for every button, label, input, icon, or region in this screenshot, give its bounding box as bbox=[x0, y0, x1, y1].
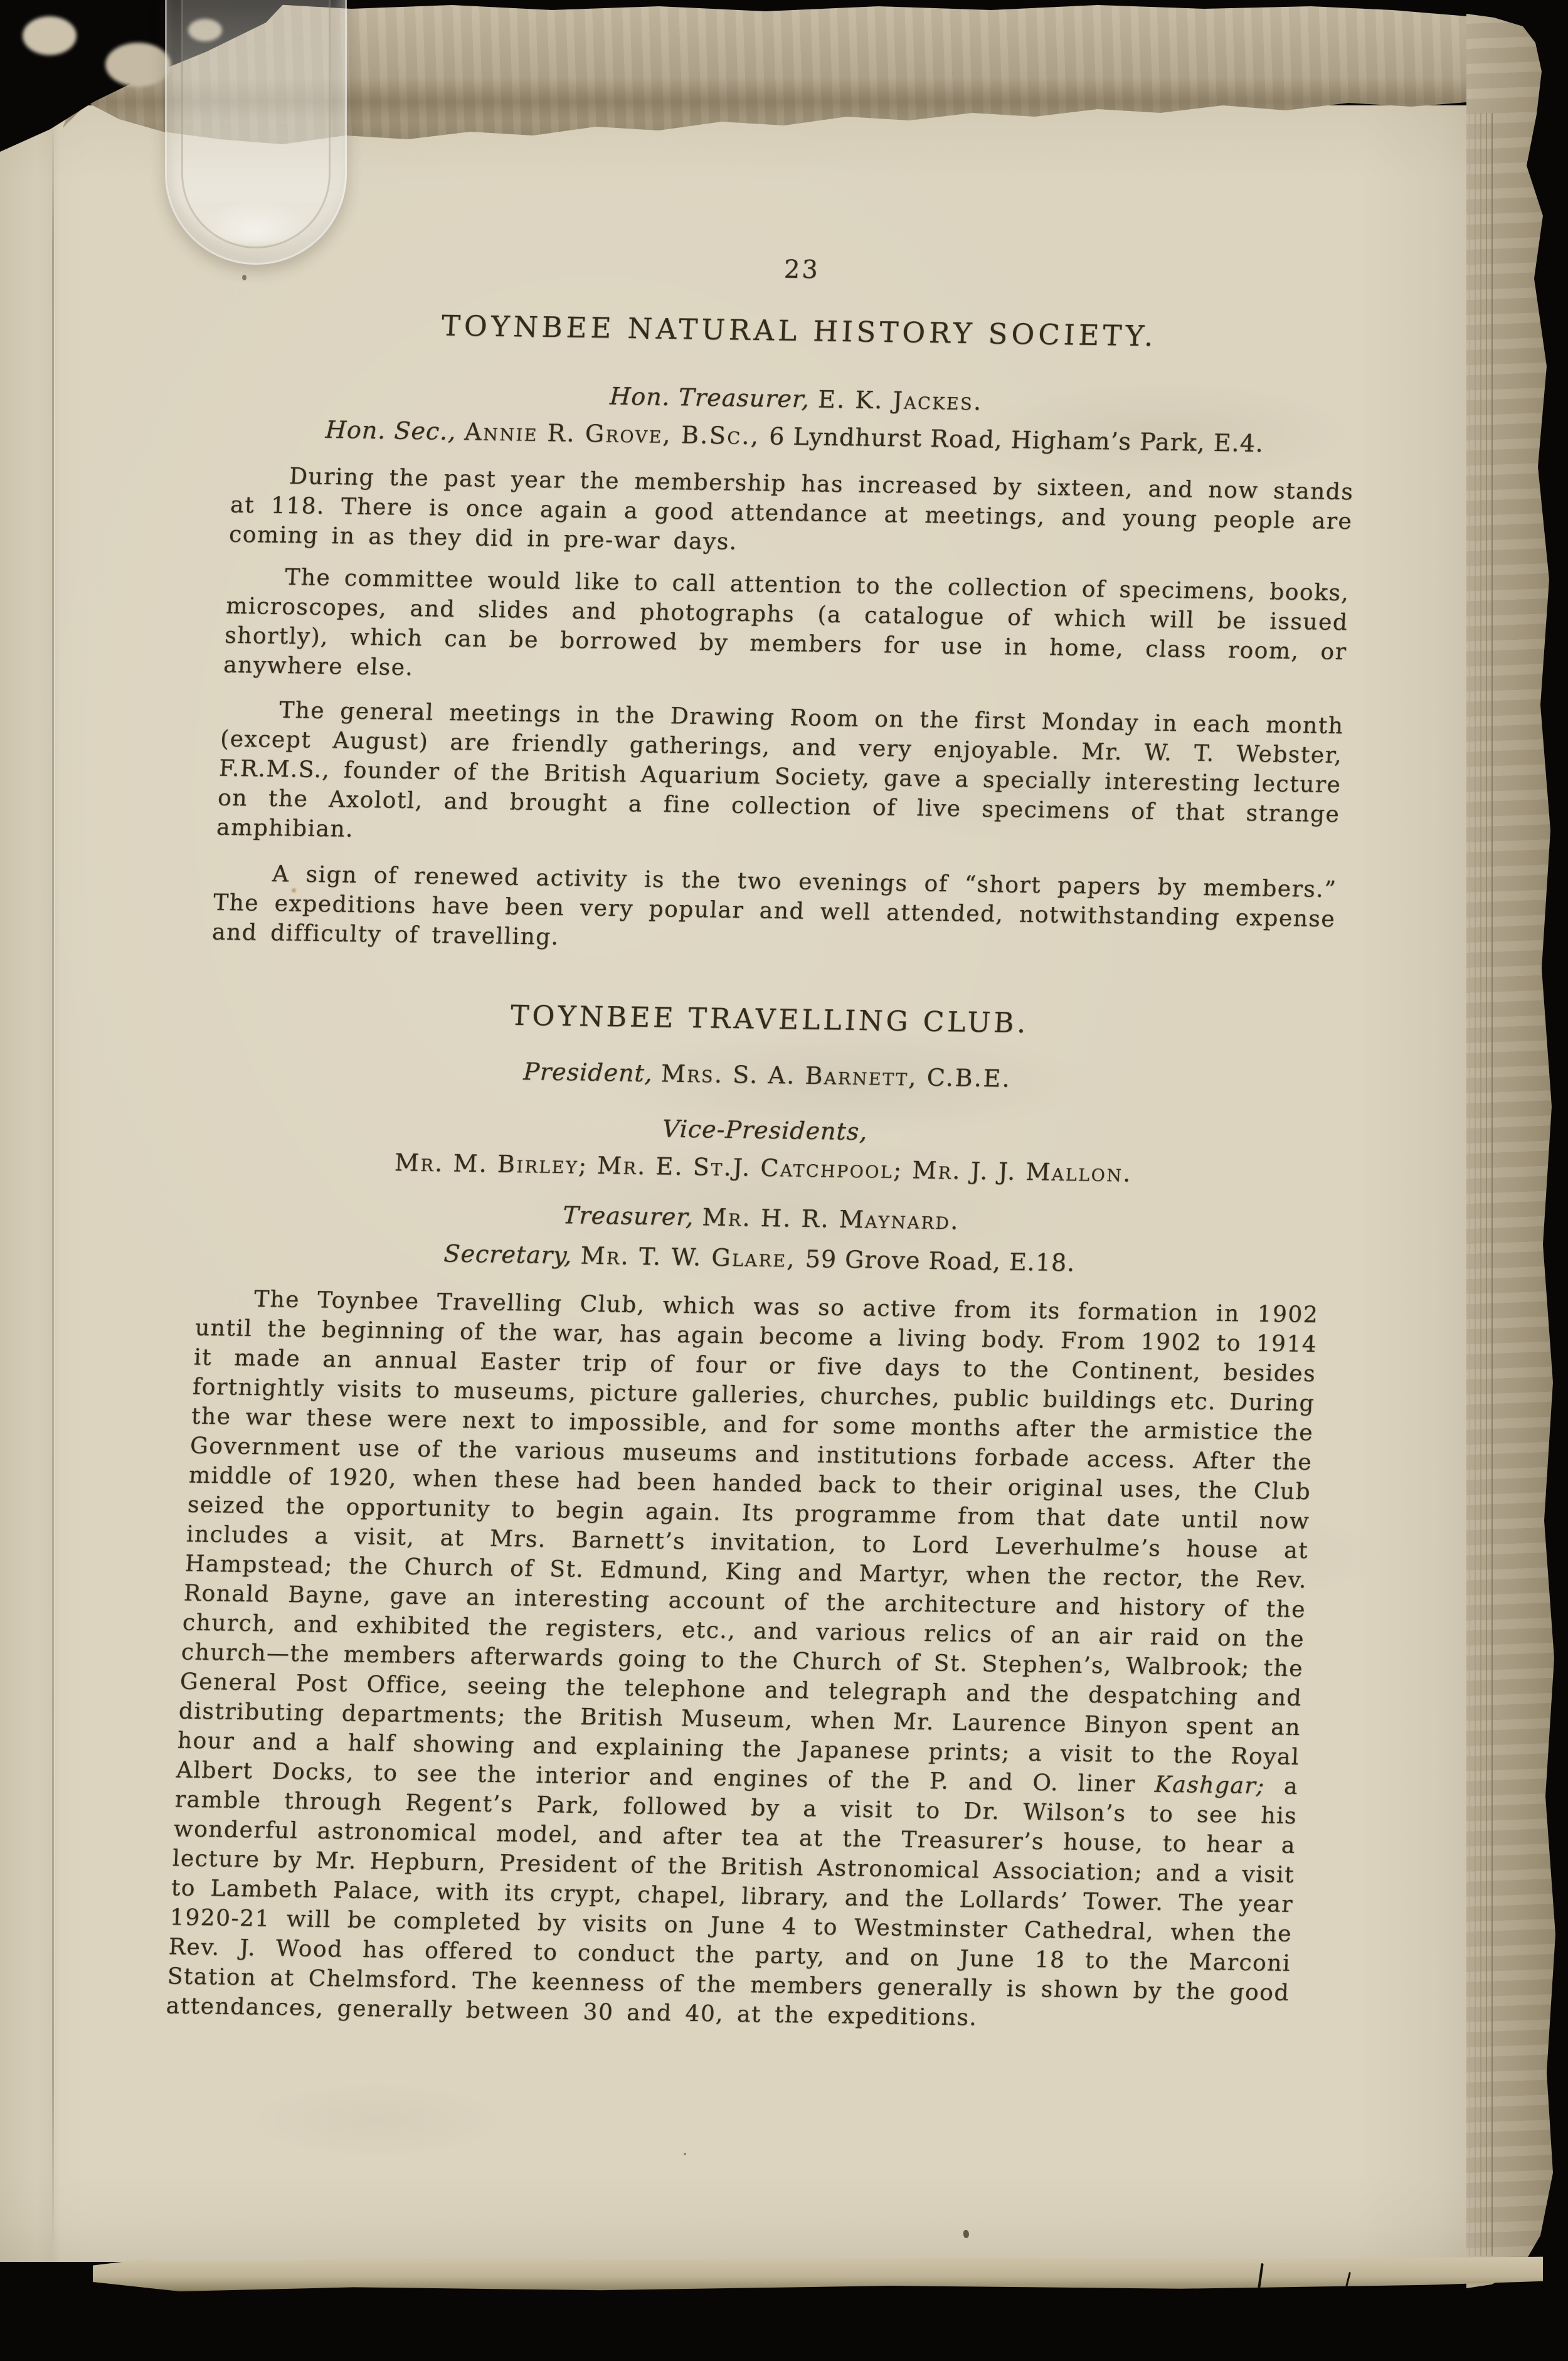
society-paragraph-4: A sign of renewed activity is the two ev… bbox=[211, 859, 1337, 964]
secretary-role-label: Hon. Sec., bbox=[325, 416, 465, 445]
paper-blotch bbox=[105, 43, 171, 87]
fore-edge-page-lines bbox=[1469, 113, 1494, 2256]
club-secretary-address: 59 Grove Road, E.18. bbox=[805, 1244, 1076, 1276]
page-text: 23 TOYNBEE NATURAL HISTORY SOCIETY. Hon.… bbox=[166, 238, 1364, 2037]
club-paragraph: The Toynbee Travelling Club, which was s… bbox=[166, 1283, 1319, 2037]
paper-blotch bbox=[23, 16, 77, 55]
ink-speck bbox=[684, 2153, 686, 2155]
club-title: TOYNBEE TRAVELLING CLUB. bbox=[208, 995, 1332, 1046]
club-treasurer-name: Mr. H. R. Maynard. bbox=[702, 1203, 960, 1234]
gutter-crease-highlight bbox=[54, 119, 55, 2252]
club-secretary-name: Mr. T. W. Glare, bbox=[580, 1241, 806, 1272]
paper-clip bbox=[165, 0, 347, 265]
ink-speck bbox=[963, 2230, 969, 2238]
club-secretary-line: Secretary, Mr. T. W. Glare, 59 Grove Roa… bbox=[198, 1234, 1321, 1281]
treasurer-role-label: Hon. Treasurer, bbox=[609, 383, 818, 413]
ship-name-kashgar: Kashgar; bbox=[1154, 1771, 1266, 1799]
society-paragraph-1: During the past year the membership has … bbox=[228, 461, 1354, 566]
society-paragraph-3: The general meetings in the Drawing Room… bbox=[216, 695, 1344, 859]
secretary-address: 6 Lyndhurst Road, Higham’s Park, E.4. bbox=[768, 422, 1264, 457]
treasurer-name: E. K. Jackes. bbox=[817, 385, 983, 415]
club-treasurer-role-label: Treasurer, bbox=[562, 1201, 702, 1231]
society-secretary-line: Hon. Sec., Annie R. Grove, B.Sc., 6 Lynd… bbox=[233, 413, 1356, 460]
club-paragraph-part-1: The Toynbee Travelling Club, which was s… bbox=[176, 1286, 1319, 1797]
page-number: 23 bbox=[240, 247, 1364, 294]
club-paragraph-part-2: a ramble through Regent’s Park, followed… bbox=[166, 1773, 1299, 2030]
foxing-spot bbox=[292, 888, 296, 893]
president-name: Mrs. S. A. Barnett, C.B.E. bbox=[660, 1059, 1012, 1092]
club-treasurer-line: Treasurer, Mr. H. R. Maynard. bbox=[199, 1194, 1323, 1241]
club-secretary-role-label: Secretary, bbox=[443, 1239, 581, 1269]
scanned-book-photo: 23 TOYNBEE NATURAL HISTORY SOCIETY. Hon.… bbox=[0, 0, 1568, 2361]
secretary-name: Annie R. Grove, B.Sc., bbox=[464, 418, 770, 450]
club-president-line: President, Mrs. S. A. Barnett, C.B.E. bbox=[206, 1051, 1329, 1098]
page-bottom-edge bbox=[93, 2256, 1543, 2293]
society-paragraph-2: The committee would like to call attenti… bbox=[223, 562, 1350, 697]
ink-speck bbox=[242, 275, 246, 280]
society-title: TOYNBEE NATURAL HISTORY SOCIETY. bbox=[237, 305, 1360, 358]
club-vice-presidents-names: Mr. M. Birley; Mr. E. St.J. Catchpool; M… bbox=[202, 1144, 1325, 1191]
president-role-label: President, bbox=[523, 1058, 662, 1087]
